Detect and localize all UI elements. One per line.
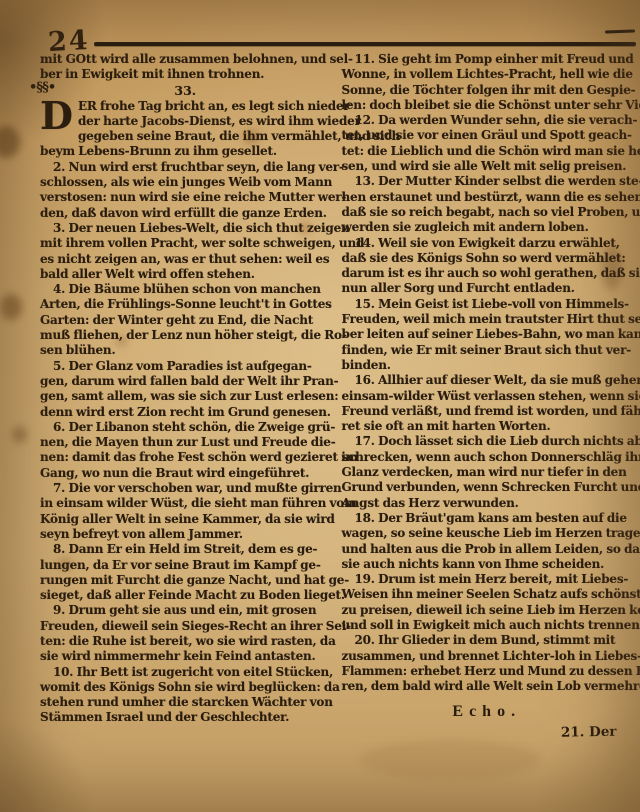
text-line: len: doch bleibet sie die Schönst unter … (342, 98, 633, 113)
text-line: 4. Die Bäume blühen schon von manchen (40, 282, 331, 297)
verse-18: 18. Der Bräut'gam kans am besten auf die… (342, 511, 633, 572)
text-line: daß sie des Königs Sohn so werd vermähle… (342, 251, 633, 266)
text-line: nen: damit das frohe Fest schön werd gez… (40, 450, 331, 465)
text-line: finden, wie Er mit seiner Braut sich thu… (342, 343, 633, 358)
text-line: mit GOtt wird alle zusammen belohnen, un… (40, 52, 331, 67)
verse-8: 8. Dann Er ein Held im Streit, dem es ge… (40, 542, 331, 603)
verse-19: 19. Drum ist mein Herz bereit, mit Liebe… (342, 572, 633, 633)
text-line: wagen, so seine keusche Lieb im Herzen t… (342, 526, 633, 541)
verse-10: 10. Ihr Bett ist zugericht von eitel Stü… (40, 665, 331, 726)
text-line: 20. Ihr Glieder in dem Bund, stimmt mit (342, 633, 633, 648)
verse-12: 12. Da werden Wunder sehn, die sie verac… (342, 113, 633, 174)
text-line: 13. Der Mutter Kinder selbst die werden … (342, 174, 633, 189)
text-line: tet: die Lieblich und die Schön wird man… (342, 144, 633, 159)
text-line: Gang, wo nun die Braut wird eingeführet. (40, 466, 331, 481)
text-line: mit ihrem vollen Pracht, wer solte schwe… (40, 236, 331, 251)
verse-16: 16. Allhier auf dieser Welt, da sie muß … (342, 373, 633, 434)
verse-7: 7. Die vor verschoben war, und mußte gir… (40, 481, 331, 542)
text-line: 16. Allhier auf dieser Welt, da sie muß … (342, 373, 633, 388)
verse-20: 20. Ihr Glieder in dem Bund, stimmt mitz… (342, 633, 633, 694)
header-rule (94, 42, 636, 46)
text-line: sieget, daß aller Feinde Macht zu Boden … (40, 588, 331, 603)
verse-1: D ER frohe Tag bricht an, es legt sich n… (40, 99, 331, 160)
text-line: Flammen: erhebet Herz und Mund zu dessen… (342, 664, 633, 679)
verse-14: 14. Weil sie von Ewigkeit darzu erwählet… (342, 236, 633, 297)
paper-stain (12, 426, 27, 443)
hymn-number-heading: 33. (40, 83, 331, 99)
text-line: 3. Der neuen Liebes-Welt, die sich thut … (40, 221, 331, 236)
text-line: darum ist es ihr auch so wohl gerathen, … (342, 266, 633, 281)
hymn-32-continuation: mit GOtt wird alle zusammen belohnen, un… (40, 52, 331, 83)
text-line: seyn befreyt von allem Jammer. (40, 527, 331, 542)
text-line: 12. Da werden Wunder sehn, die sie verac… (342, 113, 633, 128)
text-line: 15. Mein Geist ist Liebe-voll von Himmel… (342, 297, 633, 312)
text-line: 5. Der Glanz vom Paradies ist aufgegan- (40, 359, 331, 374)
text-line: 17. Doch lässet sich die Lieb durch nich… (342, 434, 633, 449)
verse-17: 17. Doch lässet sich die Lieb durch nich… (342, 434, 633, 510)
text-line: einsam-wilder Wüst verlassen stehen, wen… (342, 389, 633, 404)
paper-stain (360, 740, 540, 780)
text-line: 9. Drum geht sie aus und ein, mit grosen (40, 603, 331, 618)
verse-13: 13. Der Mutter Kinder selbst die werden … (342, 174, 633, 235)
text-line: binden. (342, 358, 633, 373)
text-line: zusammen, und brennet Lichter-loh in Lie… (342, 649, 633, 664)
text-line: Grund verbunden, wenn Schrecken Furcht u… (342, 480, 633, 495)
text-line: zu preisen, dieweil ich seine Lieb im He… (342, 603, 633, 618)
text-line: sie wird nimmermehr kein Feind antasten. (40, 649, 331, 664)
text-line: gen, samt allem, was sie sich zur Lust e… (40, 389, 331, 404)
text-line: bald aller Welt wird offen stehen. (40, 267, 331, 282)
text-line: 6. Der Libanon steht schön, die Zweige g… (40, 420, 331, 435)
text-line: Weisen ihn meiner Seelen Schatz aufs sch… (342, 587, 633, 602)
text-line: rungen mit Furcht die ganze Nacht, und h… (40, 573, 331, 588)
catchword: 21. Der (341, 724, 632, 745)
text-line: lungen, da Er vor seine Braut im Kampf g… (40, 558, 331, 573)
text-line: 10. Ihr Bett ist zugericht von eitel Stü… (40, 665, 331, 680)
text-line: 19. Drum ist mein Herz bereit, mit Liebe… (342, 572, 633, 587)
text-line: gen, darum wird fallen bald der Welt ihr… (40, 374, 331, 389)
text-line: muß fliehen, der Lenz nun höher steigt, … (40, 328, 331, 343)
text-line: womit des Königs Sohn sie wird beglücken… (40, 680, 331, 695)
text-line: stehen rund umher die starcken Wächter v… (40, 695, 331, 710)
text-line: nun aller Sorg und Furcht entladen. (342, 281, 633, 296)
text-line: daß sie so reich begabt, nach so viel Pr… (342, 205, 633, 220)
text-line: nen, die Mayen thun zur Lust und Freude … (40, 435, 331, 450)
text-line: ren, dem bald wird alle Welt sein Lob ve… (342, 679, 633, 694)
text-line: denn wird erst Zion recht im Grund genes… (40, 405, 331, 420)
verse-5: 5. Der Glanz vom Paradies ist aufgegan-g… (40, 359, 331, 420)
echo-label: Echo. (342, 703, 633, 721)
text-line: 14. Weil sie von Ewigkeit darzu erwählet… (342, 236, 633, 251)
text-line: Sonne, die Töchter folgen ihr mit den Ge… (342, 83, 633, 98)
text-line: Glanz verdecken, man wird nur tiefer in … (342, 465, 633, 480)
text-line: und halten aus die Prob in allem Leiden,… (342, 542, 633, 557)
text-line: Freuden, weil mich mein trautster Hirt t… (342, 312, 633, 327)
text-line: ten: die Ruhe ist bereit, wo sie wird ra… (40, 634, 331, 649)
text-line: beym Lebens-Brunn zu ihm gesellet. (40, 144, 331, 159)
text-line: gegeben seine Braut, die ihm vermählet, … (40, 129, 331, 144)
verse-6: 6. Der Libanon steht schön, die Zweige g… (40, 420, 331, 481)
header-rule-mark (605, 29, 635, 33)
verse-2: 2. Nun wird erst fruchtbar seyn, die lan… (40, 160, 331, 221)
text-line: Freund verläßt, und fremd ist worden, un… (342, 404, 633, 419)
text-line: es nicht zeigen an, was er thut sehen: w… (40, 252, 331, 267)
text-line: in einsam wilder Wüst, die sieht man füh… (40, 496, 331, 511)
text-line: ret sie oft an mit harten Worten. (342, 419, 633, 434)
left-column: mit GOtt wird alle zusammen belohnen, un… (40, 52, 331, 742)
verse-15: 15. Mein Geist ist Liebe-voll von Himmel… (342, 297, 633, 373)
drop-cap-initial: D (40, 101, 73, 130)
paper-stain (0, 126, 20, 158)
verse-11: 11. Sie geht im Pomp einher mit Freud un… (342, 52, 633, 113)
text-line: ber leiten auf seiner Liebes-Bahn, wo ma… (342, 327, 633, 342)
text-line: 11. Sie geht im Pomp einher mit Freud un… (342, 52, 633, 67)
verse-1-lines: ER frohe Tag bricht an, es legt sich nie… (40, 99, 331, 160)
text-line: und soll in Ewigkeit mich auch nichts tr… (342, 618, 633, 633)
text-line: sen, und wird sie alle Welt mit selig pr… (342, 159, 633, 174)
text-columns: mit GOtt wird alle zusammen belohnen, un… (40, 52, 632, 742)
text-line: sen blühen. (40, 343, 331, 358)
text-line: werden sie zugleich mit andern loben. (342, 220, 633, 235)
text-line: Wonne, in vollem Lichtes-Pracht, hell wi… (342, 67, 633, 82)
paper-stain (0, 294, 22, 320)
text-line: der harte Jacobs-Dienst, es wird ihm wie… (40, 114, 331, 129)
verse-4: 4. Die Bäume blühen schon von manchenArt… (40, 282, 331, 358)
text-line: den, daß davon wird erfüllt die ganze Er… (40, 206, 331, 221)
text-line: Angst das Herz verwunden. (342, 496, 633, 511)
text-line: König aller Welt in seine Kammer, da sie… (40, 512, 331, 527)
text-line: schlossen, als wie ein junges Weib vom M… (40, 175, 331, 190)
right-column: 11. Sie geht im Pomp einher mit Freud un… (342, 52, 633, 742)
verse-9: 9. Drum geht sie aus und ein, mit grosen… (40, 603, 331, 664)
text-line: ER frohe Tag bricht an, es legt sich nie… (40, 99, 331, 114)
text-line: Garten: der Winter geht zu End, die Nach… (40, 313, 331, 328)
text-line: 8. Dann Er ein Held im Streit, dem es ge… (40, 542, 331, 557)
text-line: 7. Die vor verschoben war, und mußte gir… (40, 481, 331, 496)
text-line: 18. Der Bräut'gam kans am besten auf die (342, 511, 633, 526)
text-line: verstosen: nun wird sie eine reiche Mutt… (40, 190, 331, 205)
text-line: ber in Ewigkeit mit ihnen trohnen. (40, 67, 331, 82)
text-line: sie auch nichts kann von Ihme scheiden. (342, 557, 633, 572)
text-line: schrecken, wenn auch schon Donnerschläg … (342, 450, 633, 465)
text-line: Arten, die Frühlings-Sonne leucht't in G… (40, 297, 331, 312)
text-line: Freuden, dieweil sein Sieges-Recht an ih… (40, 619, 331, 634)
text-line: 2. Nun wird erst fruchtbar seyn, die lan… (40, 160, 331, 175)
text-line: Stämmen Israel und der Geschlechter. (40, 710, 331, 725)
text-line: hen erstaunet und bestürzt, wann die es … (342, 190, 633, 205)
text-line: tet, und sie vor einen Gräul und Spott g… (342, 128, 633, 143)
verse-3: 3. Der neuen Liebes-Welt, die sich thut … (40, 221, 331, 282)
